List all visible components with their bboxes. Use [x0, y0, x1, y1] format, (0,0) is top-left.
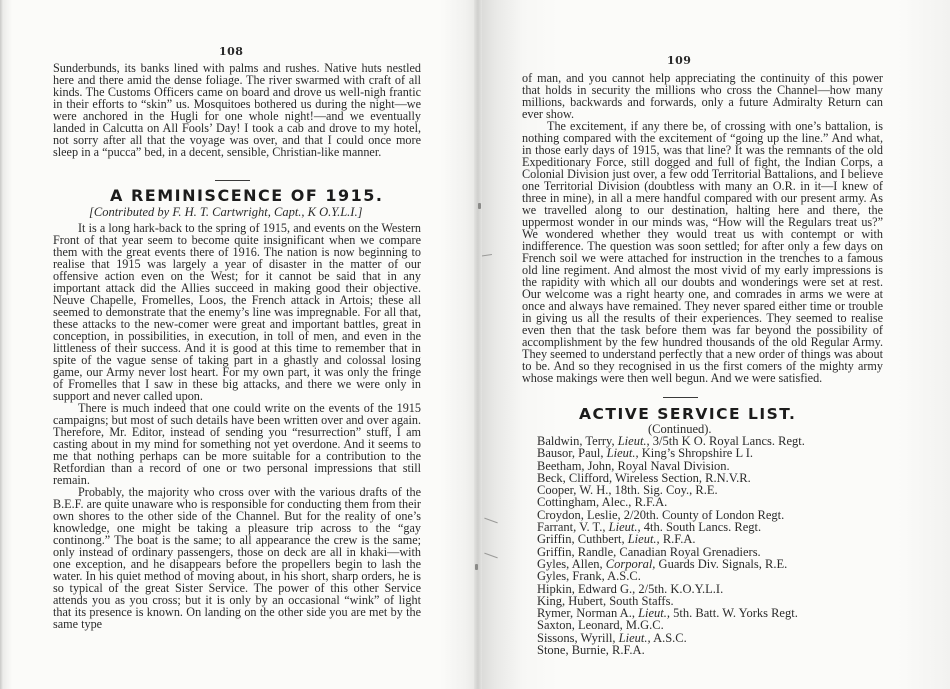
article-title: A REMINISCENCE OF 1915.	[110, 186, 383, 205]
binding-mark	[478, 203, 481, 209]
opening-paragraph: Sunderbunds, its banks lined with palms …	[53, 62, 421, 158]
opening-paragraph-block: Sunderbunds, its banks lined with palms …	[53, 62, 421, 158]
article-paragraph: The excitement, if any there be, of cros…	[522, 120, 883, 384]
article-paragraph: It is a long hark-back to the spring of …	[53, 222, 421, 402]
service-list-entry: Stone, Burnie, R.F.A.	[537, 644, 837, 656]
left-page: 108 Sunderbunds, its banks lined with pa…	[0, 0, 478, 689]
page-number-right: 109	[667, 54, 691, 67]
right-page: 109 of man, and you cannot help apprecia…	[478, 0, 950, 689]
book-gutter	[474, 0, 482, 689]
article-body: It is a long hark-back to the spring of …	[53, 222, 421, 630]
book-spread: 108 Sunderbunds, its banks lined with pa…	[0, 0, 950, 689]
article-paragraph: There is much indeed that one could writ…	[53, 402, 421, 486]
article-byline: [Contributed by F. H. T. Cartwright, Cap…	[89, 205, 362, 220]
scan-mark	[484, 553, 497, 559]
binding-mark	[475, 564, 478, 570]
article-paragraph: Probably, the majority who cross over wi…	[53, 486, 421, 630]
section-divider	[215, 180, 250, 181]
service-list-title: ACTIVE SERVICE LIST.	[579, 405, 796, 423]
section-divider	[663, 397, 698, 398]
article-paragraph: of man, and you cannot help appreciating…	[522, 72, 883, 120]
continued-article-body: of man, and you cannot help appreciating…	[522, 72, 883, 384]
scan-mark	[484, 518, 497, 524]
page-number-left: 108	[219, 45, 243, 58]
service-list: Baldwin, Terry, Lieut., 3/5th K O. Royal…	[537, 435, 837, 656]
